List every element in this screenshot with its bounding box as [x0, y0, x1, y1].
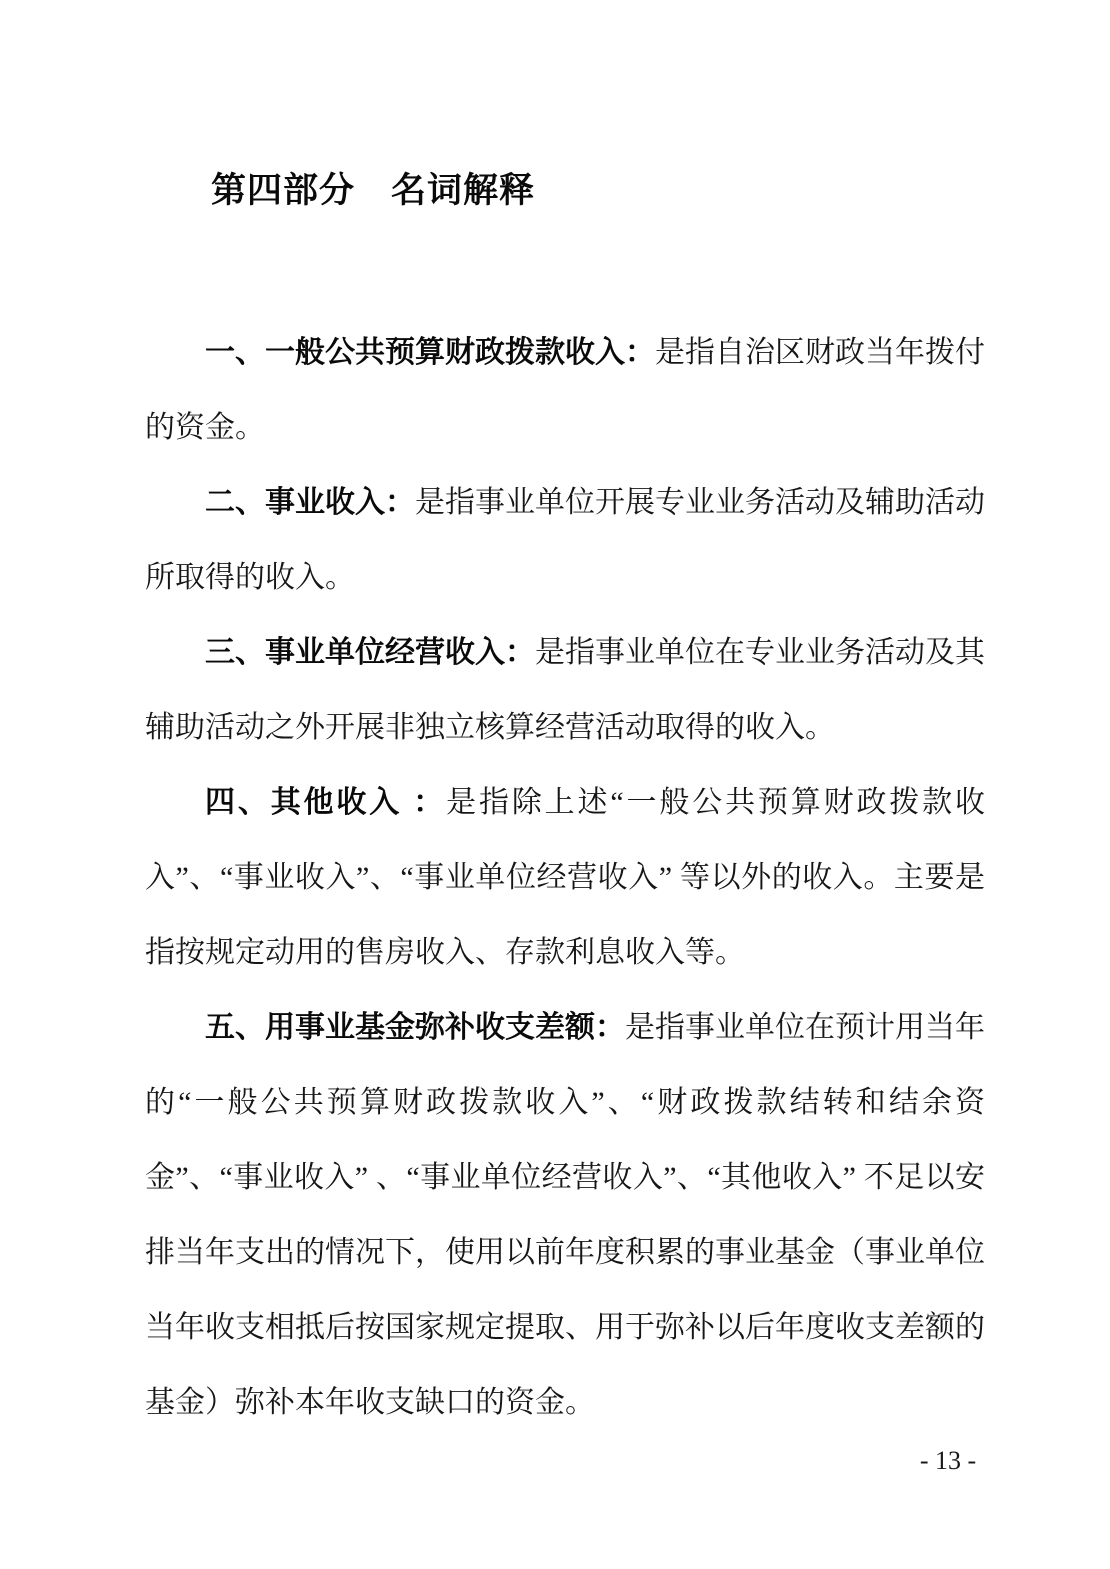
definition-paragraph: 一、一般公共预算财政拨款收入：是指自治区财政当年拨付的资金。: [145, 315, 985, 465]
definition-text: 是指事业单位在预计用当年的“一般公共预算财政拨款收入”、“财政拨款结转和结余资金…: [145, 1011, 985, 1419]
definition-term: 三、事业单位经营收入：: [205, 636, 535, 669]
definition-term: 一、一般公共预算财政拨款收入：: [205, 336, 655, 369]
page-number: - 13 -: [903, 1446, 993, 1476]
section-title: 第四部分 名词解释: [211, 170, 535, 212]
definition-term: 四、其他收入 ：: [205, 786, 446, 819]
definition-paragraph: 二、事业收入：是指事业单位开展专业业务活动及辅助活动所取得的收入。: [145, 465, 985, 615]
definition-paragraph: 五、用事业基金弥补收支差额：是指事业单位在预计用当年的“一般公共预算财政拨款收入…: [145, 990, 985, 1440]
definition-paragraph: 四、其他收入 ：是指除上述“一般公共预算财政拨款收入”、“事业收入”、“事业单位…: [145, 765, 985, 990]
document-page: 第四部分 名词解释 一、一般公共预算财政拨款收入：是指自治区财政当年拨付的资金。…: [0, 0, 1110, 1569]
definition-term: 二、事业收入：: [205, 486, 415, 519]
definition-paragraph: 三、事业单位经营收入：是指事业单位在专业业务活动及其辅助活动之外开展非独立核算经…: [145, 615, 985, 765]
definitions-list: 一、一般公共预算财政拨款收入：是指自治区财政当年拨付的资金。 二、事业收入：是指…: [145, 315, 985, 1440]
definition-term: 五、用事业基金弥补收支差额：: [205, 1011, 625, 1044]
